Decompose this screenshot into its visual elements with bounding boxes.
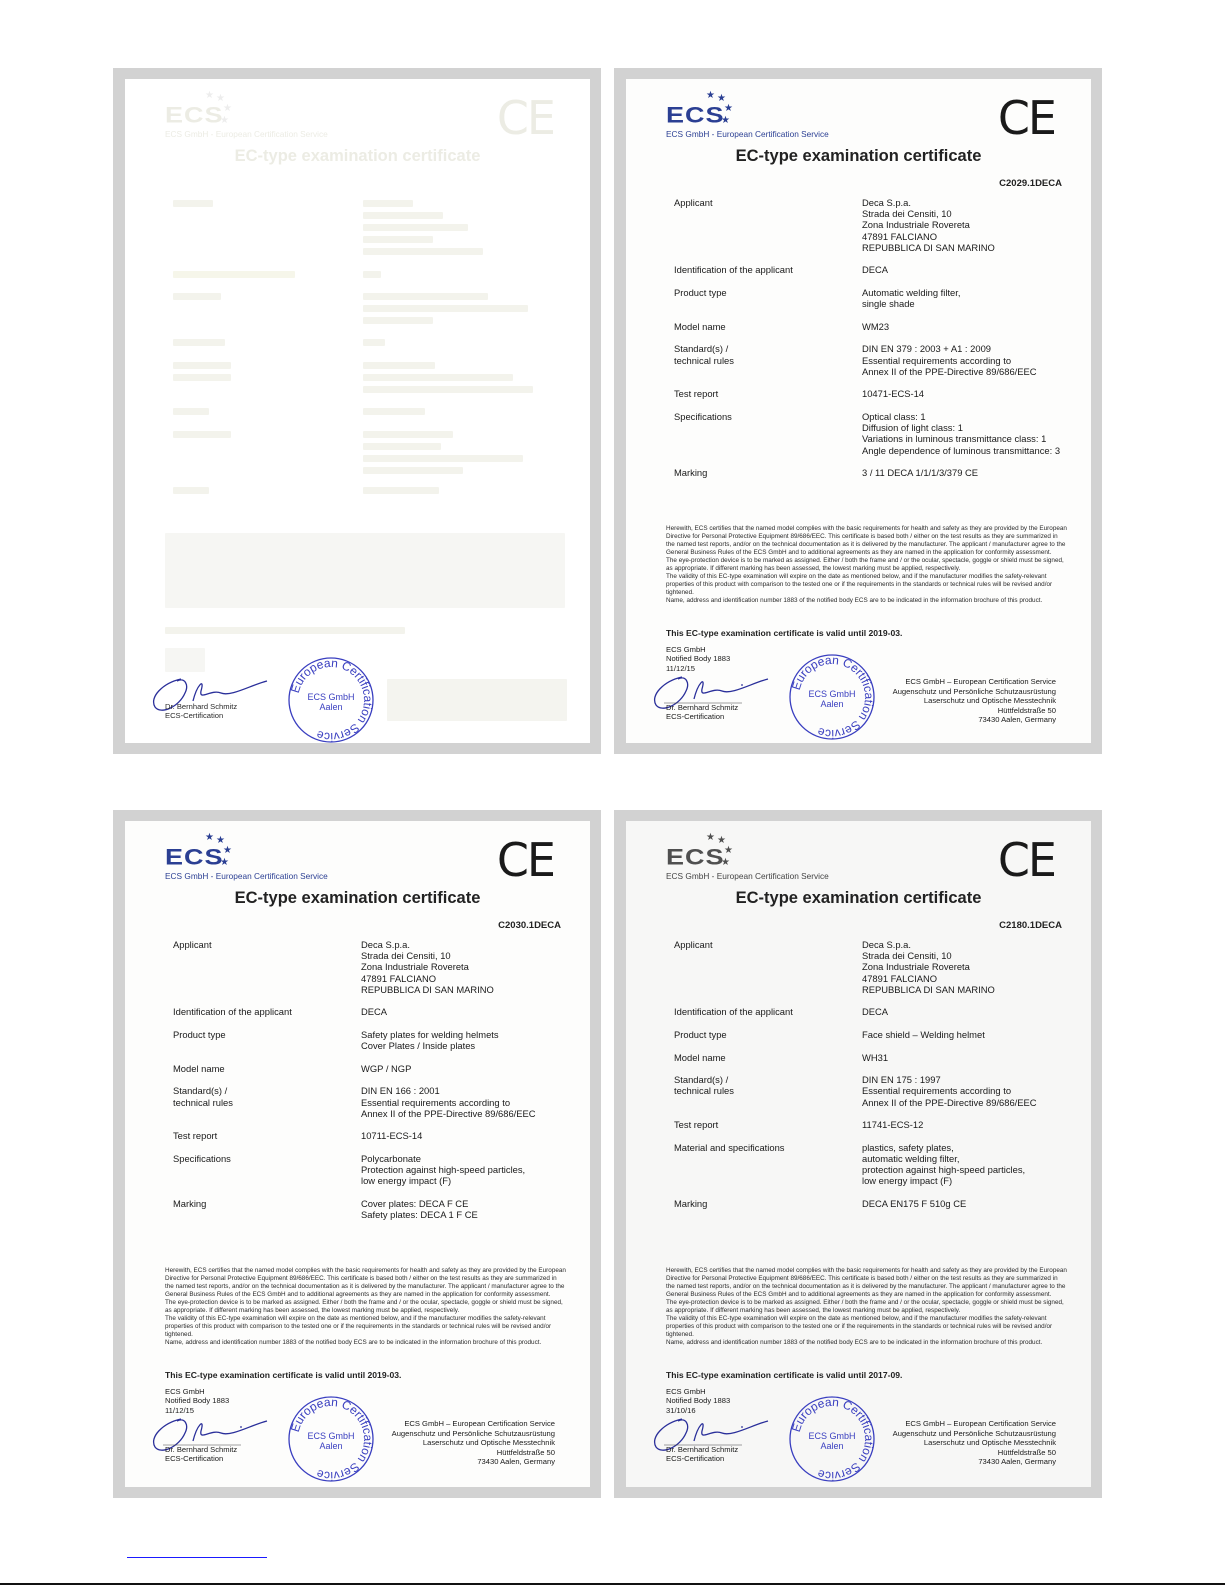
faded-value xyxy=(363,305,528,312)
faded-value xyxy=(363,271,381,278)
signer-name: Dr. Bernhard Schmitz ECS-Certification xyxy=(165,702,237,721)
ecs-logo: ★★ ★★ ECS ECS GmbH - European Certificat… xyxy=(666,843,829,881)
faded-value xyxy=(363,455,523,462)
certificate-fields: Applicant Deca S.p.a. Strada dei Censiti… xyxy=(674,939,1071,1221)
link-underline[interactable] xyxy=(127,1557,267,1558)
logo-text: ECS xyxy=(666,847,725,867)
faded-value xyxy=(363,317,433,324)
legal-text: Herewith, ECS certifies that the named m… xyxy=(666,1267,1067,1347)
ce-mark: CE xyxy=(497,95,554,141)
svg-text:Aalen: Aalen xyxy=(820,1441,843,1451)
field-test-report: Test report 10471-ECS-14 xyxy=(674,388,1071,399)
ecs-address: ECS GmbH – European Certification Servic… xyxy=(893,677,1056,725)
legal-text: Herewith, ECS certifies that the named m… xyxy=(666,525,1067,605)
faded-label xyxy=(173,374,231,381)
faded-value xyxy=(363,200,413,207)
certificate-title: EC-type examination certificate xyxy=(626,889,1091,908)
certification-stamp-icon: European Certification Service ECS GmbH … xyxy=(285,1393,377,1485)
certificate-faded: ★★ ★★ ECS ECS GmbH - European Certificat… xyxy=(113,68,601,754)
certification-stamp-icon: European Certification Service ECS GmbH … xyxy=(285,654,377,743)
ecs-logo: ★★ ★★ ECS ECS GmbH - European Certificat… xyxy=(165,101,328,139)
certificate-title: EC-type examination certificate xyxy=(626,147,1091,166)
field-test-report: Test report 11741-ECS-12 xyxy=(674,1119,1071,1130)
certificate-c2029: ★★ ★★ ECS ECS GmbH - European Certificat… xyxy=(614,68,1102,754)
certificate-number: C2180.1DECA xyxy=(999,920,1062,931)
faded-label xyxy=(173,339,225,346)
certificate-c2030: ★★ ★★ ECS ECS GmbH - European Certificat… xyxy=(113,810,601,1498)
field-applicant: Applicant Deca S.p.a. Strada dei Censiti… xyxy=(173,939,570,995)
faded-value xyxy=(363,408,425,415)
ecs-logo: ★★ ★★ ECS ECS GmbH - European Certificat… xyxy=(165,843,328,881)
certificate-title: EC-type examination certificate xyxy=(125,147,590,166)
faded-label xyxy=(173,408,209,415)
faded-value xyxy=(363,236,433,243)
field-model-name: Model name WM23 xyxy=(674,321,1071,332)
field-specifications: Specifications Polycarbonate Protection … xyxy=(173,1153,570,1187)
field-specifications: Material and specifications plastics, sa… xyxy=(674,1142,1071,1187)
faded-label xyxy=(173,431,231,438)
field-identification: Identification of the applicant DECA xyxy=(173,1006,570,1017)
svg-text:ECS GmbH: ECS GmbH xyxy=(808,1431,855,1441)
faded-label xyxy=(173,362,231,369)
faded-value xyxy=(363,362,435,369)
field-marking: Marking Cover plates: DECA F CE Safety p… xyxy=(173,1198,570,1220)
faded-value xyxy=(363,339,385,346)
faded-value xyxy=(363,224,468,231)
svg-text:ECS GmbH: ECS GmbH xyxy=(307,1431,354,1441)
certificate-sheet: ★★ ★★ ECS ECS GmbH - European Certificat… xyxy=(626,821,1091,1487)
field-product-type: Product type Safety plates for welding h… xyxy=(173,1029,570,1051)
field-applicant: Applicant Deca S.p.a. Strada dei Censiti… xyxy=(674,939,1071,995)
faded-validity xyxy=(165,627,405,634)
certificate-sheet: ★★ ★★ ECS ECS GmbH - European Certificat… xyxy=(125,821,590,1487)
validity-statement: This EC-type examination certificate is … xyxy=(666,628,902,638)
signer-name: Dr. Bernhard Schmitz ECS-Certification xyxy=(165,1445,237,1464)
ecs-address: ECS GmbH – European Certification Servic… xyxy=(392,1419,555,1467)
svg-text:Aalen: Aalen xyxy=(820,699,843,709)
faded-value xyxy=(363,248,483,255)
signer-name: Dr. Bernhard Schmitz ECS-Certification xyxy=(666,1445,738,1464)
certificate-fields: Applicant Deca S.p.a. Strada dei Censiti… xyxy=(173,939,570,1232)
field-standards: Standard(s) / technical rules DIN EN 166… xyxy=(173,1085,570,1119)
faded-value xyxy=(363,386,533,393)
certification-stamp-icon: European Certification Service ECS GmbH … xyxy=(786,651,878,743)
svg-text:Aalen: Aalen xyxy=(319,1441,342,1451)
faded-value xyxy=(363,443,441,450)
ce-mark: CE xyxy=(497,837,554,883)
legal-text: Herewith, ECS certifies that the named m… xyxy=(165,1267,566,1347)
logo-subtitle: ECS GmbH - European Certification Servic… xyxy=(666,129,829,139)
certificate-sheet: ★★ ★★ ECS ECS GmbH - European Certificat… xyxy=(626,79,1091,743)
certificate-c2180: ★★ ★★ ECS ECS GmbH - European Certificat… xyxy=(614,810,1102,1498)
logo-text: ECS xyxy=(666,105,725,125)
field-applicant: Applicant Deca S.p.a. Strada dei Censiti… xyxy=(674,197,1071,253)
field-standards: Standard(s) / technical rules DIN EN 379… xyxy=(674,343,1071,377)
faded-value xyxy=(363,467,463,474)
faded-value xyxy=(363,487,439,494)
faded-value xyxy=(363,293,488,300)
faded-address xyxy=(387,679,567,721)
faded-issuer xyxy=(165,648,205,672)
ce-mark: CE xyxy=(998,837,1055,883)
faded-label xyxy=(173,487,209,494)
logo-text: ECS xyxy=(165,847,224,867)
logo-subtitle: ECS GmbH - European Certification Servic… xyxy=(666,871,829,881)
field-product-type: Product type Automatic welding filter, s… xyxy=(674,287,1071,309)
field-model-name: Model name WGP / NGP xyxy=(173,1063,570,1074)
certificate-fields: Applicant Deca S.p.a. Strada dei Censiti… xyxy=(674,197,1071,490)
certification-stamp-icon: European Certification Service ECS GmbH … xyxy=(786,1393,878,1485)
logo-subtitle: ECS GmbH - European Certification Servic… xyxy=(165,871,328,881)
validity-statement: This EC-type examination certificate is … xyxy=(666,1370,902,1380)
field-standards: Standard(s) / technical rules DIN EN 175… xyxy=(674,1074,1071,1108)
faded-legal-text xyxy=(165,533,565,608)
field-marking: Marking 3 / 11 DECA 1/1/1/3/379 CE xyxy=(674,467,1071,478)
field-product-type: Product type Face shield – Welding helme… xyxy=(674,1029,1071,1040)
faded-value xyxy=(363,431,453,438)
ecs-address: ECS GmbH – European Certification Servic… xyxy=(893,1419,1056,1467)
field-marking: Marking DECA EN175 F 510g CE xyxy=(674,1198,1071,1209)
certificate-title: EC-type examination certificate xyxy=(125,889,590,908)
field-identification: Identification of the applicant DECA xyxy=(674,1006,1071,1017)
certificate-number: C2030.1DECA xyxy=(498,920,561,931)
validity-statement: This EC-type examination certificate is … xyxy=(165,1370,401,1380)
field-identification: Identification of the applicant DECA xyxy=(674,264,1071,275)
certificate-sheet: ★★ ★★ ECS ECS GmbH - European Certificat… xyxy=(125,79,590,743)
faded-label xyxy=(173,200,213,207)
svg-text:ECS GmbH: ECS GmbH xyxy=(307,692,354,702)
faded-value xyxy=(363,374,513,381)
field-test-report: Test report 10711-ECS-14 xyxy=(173,1130,570,1141)
signer-name: Dr. Bernhard Schmitz ECS-Certification xyxy=(666,703,738,722)
svg-text:Aalen: Aalen xyxy=(319,702,342,712)
faded-label xyxy=(173,293,221,300)
faded-value xyxy=(363,212,443,219)
field-model-name: Model name WH31 xyxy=(674,1052,1071,1063)
svg-text:ECS GmbH: ECS GmbH xyxy=(808,689,855,699)
ecs-logo: ★★ ★★ ECS ECS GmbH - European Certificat… xyxy=(666,101,829,139)
faded-label xyxy=(173,271,295,278)
field-specifications: Specifications Optical class: 1 Diffusio… xyxy=(674,411,1071,456)
ce-mark: CE xyxy=(998,95,1055,141)
certificate-number: C2029.1DECA xyxy=(999,178,1062,189)
